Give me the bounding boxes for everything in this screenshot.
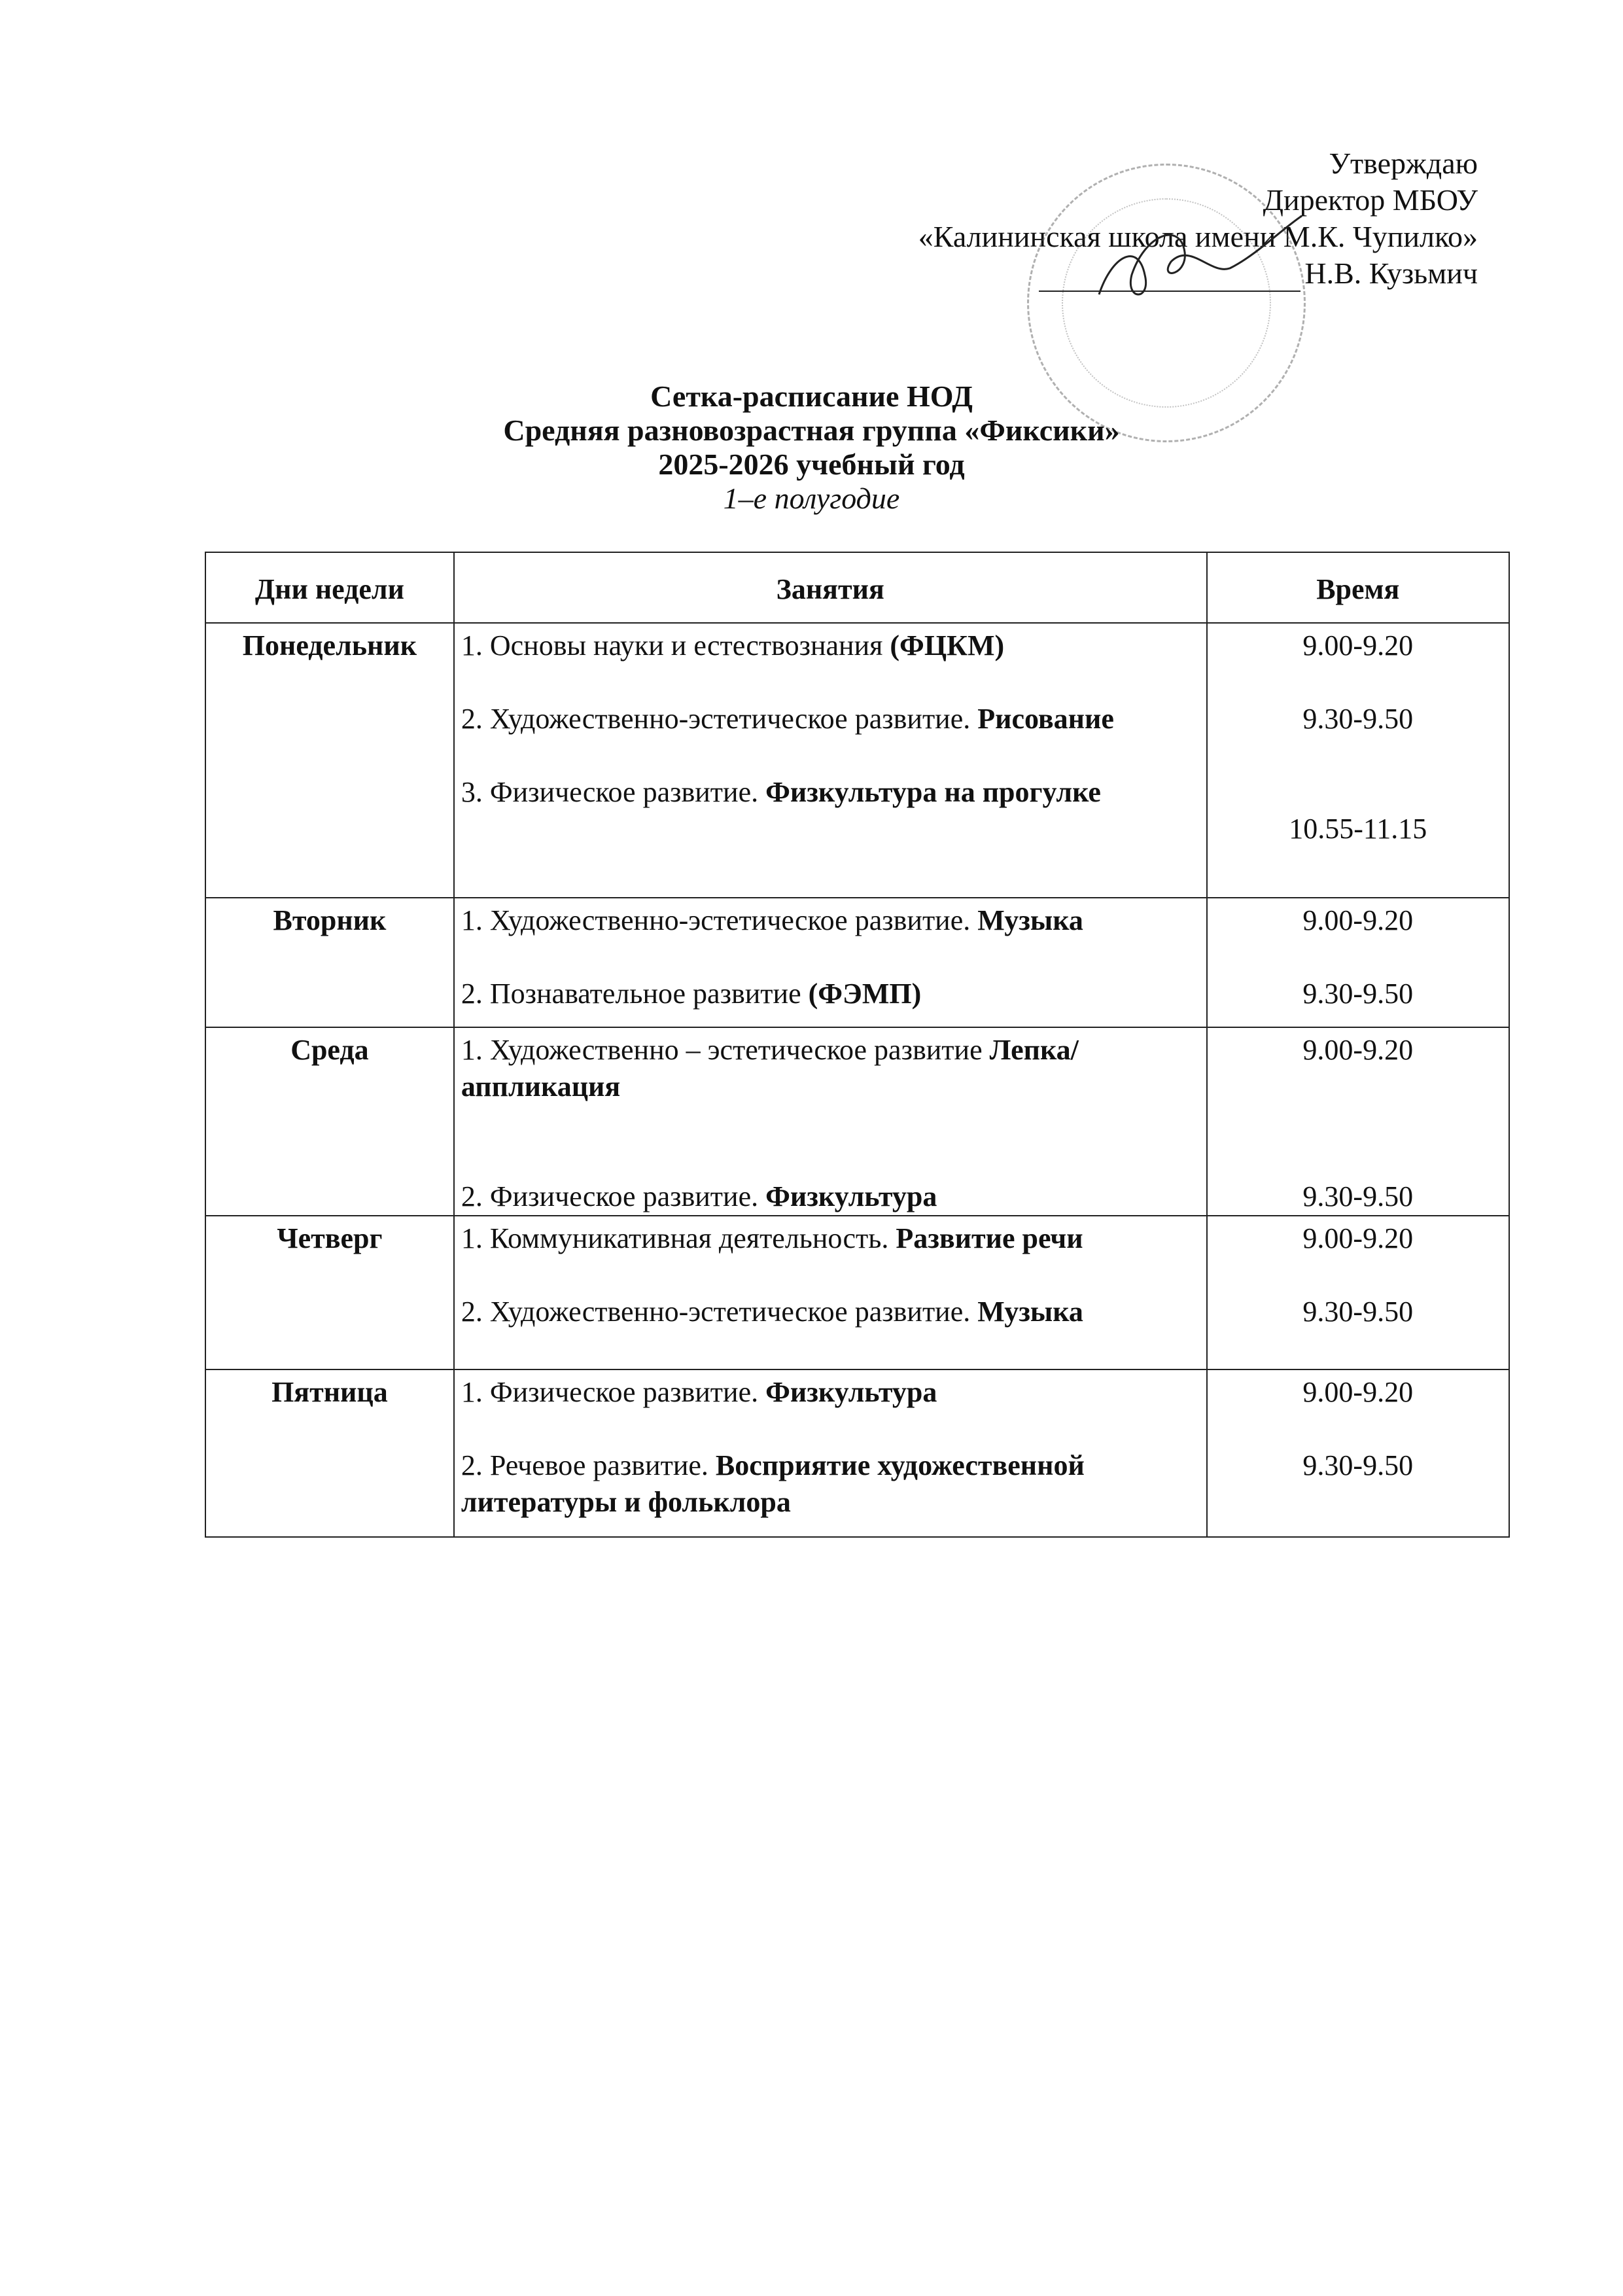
activity-time: 9.30-9.50	[1214, 701, 1502, 737]
activity-area: 2. Художественно-эстетическое развитие.	[461, 703, 977, 735]
activity-area: 2. Художественно-эстетическое развитие.	[461, 1296, 977, 1328]
activity-item: 2. Физическое развитие. Физкультура	[461, 1178, 1200, 1215]
table-header-row: Дни недели Занятия Время	[205, 552, 1509, 623]
activity-item: 2. Художественно-эстетическое развитие. …	[461, 1294, 1200, 1330]
activity-subject: Музыка	[977, 904, 1083, 936]
activity-time: 9.00-9.20	[1214, 902, 1502, 939]
schedule-table: Дни недели Занятия Время Понедельник1. О…	[205, 552, 1510, 1538]
activity-subject: (ФЭМП)	[809, 978, 922, 1010]
activities-cell: 1. Художественно-эстетическое развитие. …	[454, 898, 1207, 1027]
activity-item: 1. Основы науки и естествознания (ФЦКМ)	[461, 627, 1200, 664]
activity-area: 2. Познавательное развитие	[461, 978, 809, 1010]
activity-time: 9.30-9.50	[1214, 1178, 1502, 1215]
activity-subject: (ФЦКМ)	[890, 629, 1004, 662]
activity-time: 9.30-9.50	[1214, 1447, 1502, 1484]
signatory-line: Н.В. Кузьмич	[918, 255, 1478, 292]
activity-time: 9.30-9.50	[1214, 1294, 1502, 1330]
activities-cell: 1. Коммуникативная деятельность. Развити…	[454, 1216, 1207, 1369]
table-row: Четверг1. Коммуникативная деятельность. …	[205, 1216, 1509, 1369]
time-cell: 9.00-9.209.30-9.50	[1207, 1216, 1509, 1369]
signature-line	[1039, 266, 1300, 292]
activity-area: 1. Художественно-эстетическое развитие.	[461, 904, 977, 936]
day-cell: Среда	[205, 1027, 454, 1216]
activities-cell: 1. Физическое развитие. Физкультура2. Ре…	[454, 1369, 1207, 1537]
title-line-1: Сетка-расписание НОД	[0, 380, 1623, 414]
approver-position: Директор МБОУ	[918, 182, 1478, 219]
activities-cell: 1. Основы науки и естествознания (ФЦКМ)2…	[454, 623, 1207, 898]
activity-area: 2. Речевое развитие.	[461, 1449, 716, 1481]
activity-subject: Физкультура на прогулке	[765, 776, 1101, 808]
title-line-4: 1–е полугодие	[0, 482, 1623, 516]
time-cell: 9.00-9.209.30-9.50	[1207, 1369, 1509, 1537]
header-days: Дни недели	[205, 552, 454, 623]
approval-block: Утверждаю Директор МБОУ «Калининская шко…	[918, 145, 1478, 292]
table-row: Вторник1. Художественно-эстетическое раз…	[205, 898, 1509, 1027]
time-cell: 9.00-9.209.30-9.50	[1207, 898, 1509, 1027]
activity-item: 1. Художественно – эстетическое развитие…	[461, 1032, 1200, 1105]
activity-time: 9.30-9.50	[1214, 976, 1502, 1012]
signatory-name: Н.В. Кузьмич	[1304, 256, 1478, 290]
activity-subject: Физкультура	[765, 1376, 937, 1408]
activity-time: 9.00-9.20	[1214, 1032, 1502, 1069]
time-cell: 9.00-9.209.30-9.5010.55-11.15	[1207, 623, 1509, 898]
activity-item: 1. Художественно-эстетическое развитие. …	[461, 902, 1200, 939]
table-row: Понедельник1. Основы науки и естествозна…	[205, 623, 1509, 898]
school-name: «Калининская школа имени М.К. Чупилко»	[918, 219, 1478, 255]
activity-area: 1. Физическое развитие.	[461, 1376, 765, 1408]
table-row: Среда1. Художественно – эстетическое раз…	[205, 1027, 1509, 1216]
activity-time: 10.55-11.15	[1214, 811, 1502, 847]
activity-time: 9.00-9.20	[1214, 1220, 1502, 1257]
activity-item: 2. Речевое развитие. Восприятие художест…	[461, 1447, 1200, 1521]
activity-subject: Музыка	[977, 1296, 1083, 1328]
day-cell: Четверг	[205, 1216, 454, 1369]
approval-heading: Утверждаю	[918, 145, 1478, 182]
activity-item: 2. Познавательное развитие (ФЭМП)	[461, 976, 1200, 1012]
activity-item: 3. Физическое развитие. Физкультура на п…	[461, 774, 1200, 811]
activity-time: 9.00-9.20	[1214, 1374, 1502, 1411]
activity-area: 1. Художественно – эстетическое развитие	[461, 1034, 990, 1066]
header-activities: Занятия	[454, 552, 1207, 623]
time-cell: 9.00-9.209.30-9.50	[1207, 1027, 1509, 1216]
activity-time: 9.00-9.20	[1214, 627, 1502, 664]
table-row: Пятница1. Физическое развитие. Физкульту…	[205, 1369, 1509, 1537]
day-cell: Понедельник	[205, 623, 454, 898]
activities-cell: 1. Художественно – эстетическое развитие…	[454, 1027, 1207, 1216]
activity-area: 1. Коммуникативная деятельность.	[461, 1222, 896, 1254]
activity-subject: Рисование	[977, 703, 1114, 735]
day-cell: Вторник	[205, 898, 454, 1027]
activity-area: 2. Физическое развитие.	[461, 1180, 765, 1212]
title-line-3: 2025-2026 учебный год	[0, 448, 1623, 482]
activity-item: 1. Коммуникативная деятельность. Развити…	[461, 1220, 1200, 1257]
document-title: Сетка-расписание НОД Средняя разновозрас…	[0, 380, 1623, 516]
activity-subject: Развитие речи	[896, 1222, 1083, 1254]
day-cell: Пятница	[205, 1369, 454, 1537]
activity-item: 2. Художественно-эстетическое развитие. …	[461, 701, 1200, 737]
activity-area: 1. Основы науки и естествознания	[461, 629, 890, 662]
activity-area: 3. Физическое развитие.	[461, 776, 765, 808]
activity-subject: Физкультура	[765, 1180, 937, 1212]
title-line-2: Средняя разновозрастная группа «Фиксики»	[0, 414, 1623, 448]
activity-item: 1. Физическое развитие. Физкультура	[461, 1374, 1200, 1411]
header-time: Время	[1207, 552, 1509, 623]
